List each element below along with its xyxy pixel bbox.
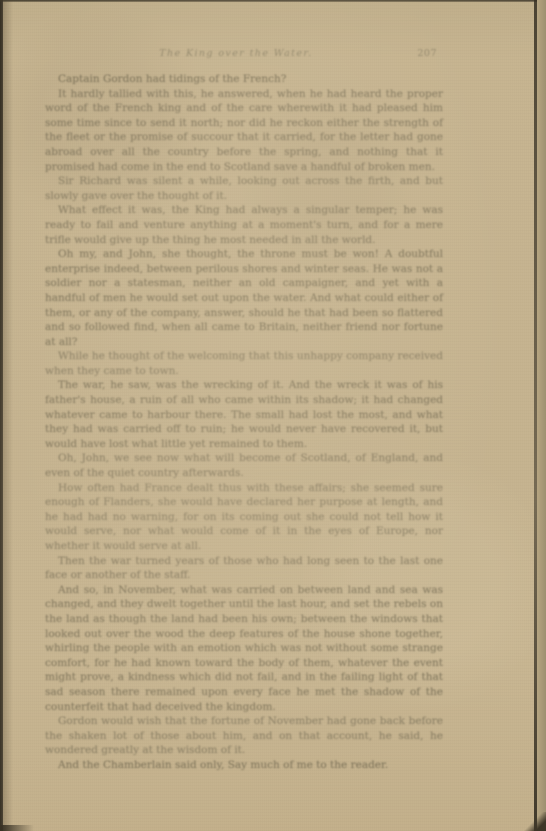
book-page-scan: The King over the Water. 207 Captain Gor… [0,0,546,831]
paragraph: Gordon would wish that the fortune of No… [45,714,443,758]
scan-edge-right-margin [537,0,546,831]
running-head: The King over the Water. 207 [45,48,443,64]
running-head-title: The King over the Water. [37,48,435,59]
scan-edge-top [0,0,546,2]
scan-edge-left-shadow [3,0,13,831]
paragraph: Then the war turned years of those who h… [45,554,443,583]
paragraph: And the Chamberlain said only, Say much … [45,758,443,773]
paragraph: While he thought of the welcoming that t… [45,349,443,378]
paragraph: Captain Gordon had tidings of the French… [45,72,443,87]
page-number: 207 [417,48,437,59]
scan-mark-bottom-right [524,812,546,831]
scan-edge-right-line [534,0,537,831]
paragraph: It hardly tallied with this, he answered… [45,87,443,175]
paragraph: Oh, John, we see now what will become of… [45,451,443,480]
paragraph: Sir Richard was silent a while, looking … [45,174,443,203]
paragraph: How often had France dealt thus with the… [45,481,443,554]
body-text: Captain Gordon had tidings of the French… [45,72,443,773]
paragraph: The war, he saw, was the wrecking of it.… [45,378,443,451]
paragraph: What effect it was, the King had always … [45,203,443,247]
paragraph: And so, in November, what was carried on… [45,583,443,714]
scan-mark-bottom-left [0,825,34,831]
paragraph: Oh my, and John, she thought, the throne… [45,247,443,349]
